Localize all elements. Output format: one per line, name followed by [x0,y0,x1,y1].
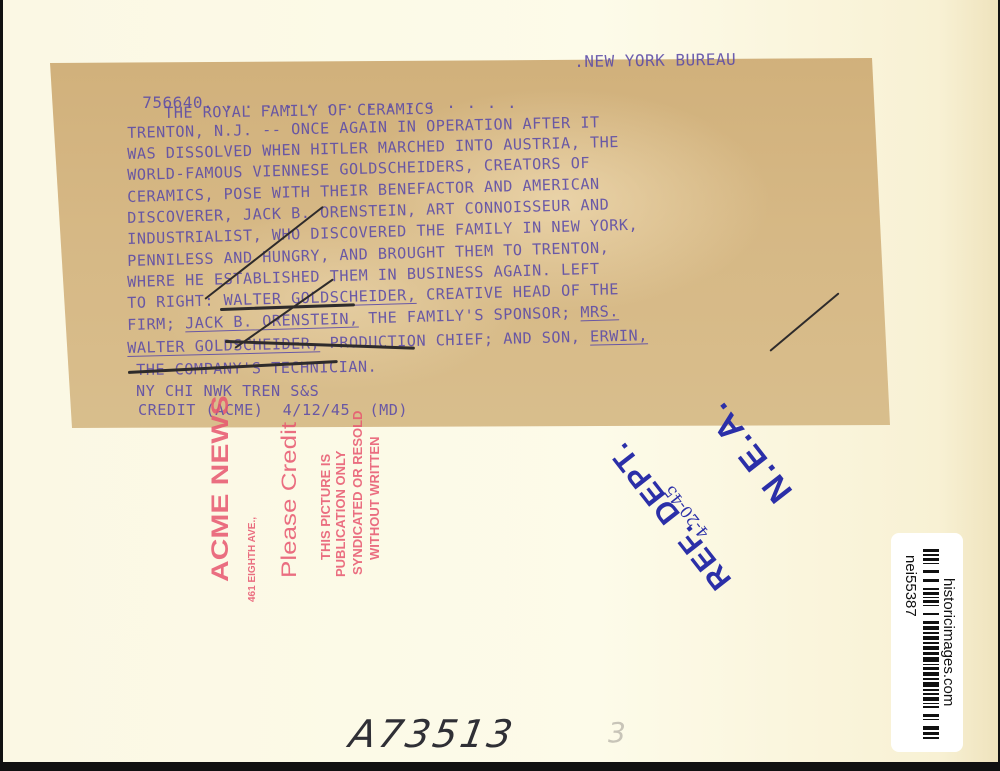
restriction-line: PUBLICATION ONLY [333,451,348,577]
subject-mrs-walter-goldscheider: WALTER GOLDSCHEIDER, [127,334,320,357]
subject-erwin: ERWIN, [590,326,648,345]
handwritten-archive-number: A73513 [346,712,519,756]
handwritten-faint-mark: 3 [608,716,626,749]
bureau-label: .NEW YORK BUREAU [574,50,736,71]
please-credit: Please Credit [277,422,302,578]
barcode-id: nei55387 [902,555,919,617]
subject-mrs: MRS. [580,302,619,321]
acme-name: ACME NEWS [207,395,234,582]
barcode-icon [923,549,939,739]
restriction-line: SYNDICATED OR RESOLD [350,411,365,575]
credit-line: CREDIT (ACME) 4/12/45 (MD) [138,401,408,420]
restriction-line: WITHOUT WRITTEN [367,437,382,560]
acme-address: 461 EIGHTH AVE., [247,517,258,602]
barcode-label: historicimages.com nei55387 [891,533,963,752]
barcode-site: historicimages.com [940,578,957,706]
caption-text: FIRM; [127,314,185,334]
restriction-line: THIS PICTURE IS [318,454,333,560]
